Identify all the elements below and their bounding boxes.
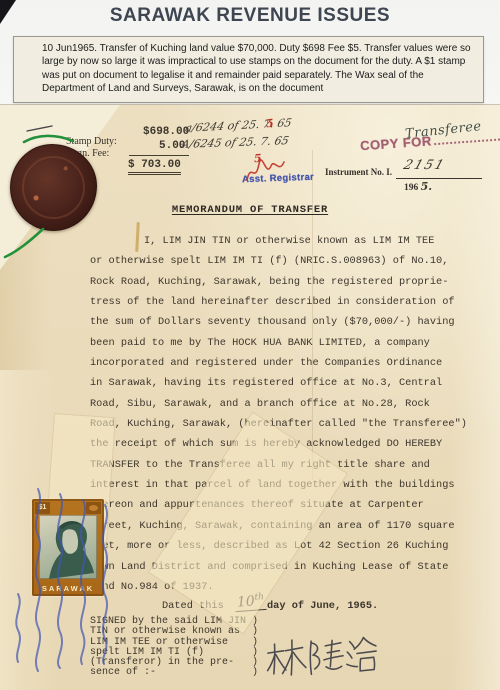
caption-line: large by now so large it was impractical… [42,55,477,68]
stamp-duty-label: Stamp Duty: [66,136,117,148]
body-line: Land No.984 of 1937. [90,577,470,597]
body-line: the sum of Dollars seventy thousand only… [90,312,470,332]
body-line: feet, more or less, described as Lot 42 … [90,536,470,556]
copy-for-dotted-line [434,138,500,145]
signed-line: sence of :- ) [90,668,258,678]
instrument-label: Instrument No. I. [325,167,392,177]
handwritten-annotation: a/6244 of 25. 7. 65 [184,116,293,134]
red-correction: 5 [254,152,263,166]
page-title: SARAWAK REVENUE ISSUES [0,5,500,27]
fee-total: $ 703.00 [128,159,181,175]
handwritten-annotation: A/6245 of 25. 7. 65 [180,134,290,151]
body-line: Street, Kuching, Sarawak, containing an … [90,516,470,536]
dated-day-handwritten: 10th [234,592,266,612]
stamp-duty-value: $698.00 [143,126,189,138]
scanned-document: Stamp Duty: Regn. Fee: $698.00 5.00 $ 70… [0,105,500,690]
sum-rule [129,155,189,156]
queen-portrait [39,515,97,579]
instrument-underline [396,178,482,179]
body-line: been paid to me by The HOCK HUA BANK LIM… [90,333,470,353]
body-line: Rock Road, Kuching, Sarawak, being the r… [90,272,470,292]
dated-suffix: day of June, 1965. [267,600,378,612]
body-line: TRANSFER to the Transferee all my right … [90,455,470,475]
revenue-stamp: $1 SARAWAK [32,499,104,596]
body-line: or otherwise spelt LIM IM TI (f) (NRIC.S… [90,251,470,271]
body-line: incorporated and registered under the Co… [90,353,470,373]
stamp-denomination: $1 [35,502,50,514]
body-line: thereon and appurtenances thereof situat… [90,495,470,515]
body-line: in Sarawak, having its registered office… [90,373,470,393]
caption-line: Department of Land and Surveys, Sarawak,… [42,82,477,95]
instrument-number: 2151 [402,158,448,173]
stamp-ornament [86,502,101,514]
wax-seal [10,144,97,231]
caption-line: was put on document to legalise it and r… [42,69,477,82]
body-line: Road, Sibu, Sarawak, and a branch office… [90,394,470,414]
chinese-signature [261,630,385,682]
red-correction: 5 [265,117,274,131]
stamp-country-label: SARAWAK [32,584,104,593]
body-line: the receipt of which sum is hereby ackno… [90,434,470,454]
body-line: Road, Kuching, Sarawak, (hereinafter cal… [90,414,470,434]
body-line: I, LIM JIN TIN or otherwise known as LIM… [90,231,470,251]
stamp-vignette [39,515,97,579]
memorandum-heading: MEMORANDUM OF TRANSFER [172,204,328,216]
dated-prefix: Dated this [162,600,224,612]
memorandum-body: I, LIM JIN TIN or otherwise known as LIM… [90,231,470,597]
registrar-stamp: Asst. Registrar [242,172,314,186]
body-line: Town Land District and comprised in Kuch… [90,557,470,577]
body-line: interest in that parcel of land together… [90,475,470,495]
exhibit-page: SARAWAK REVENUE ISSUES 10 Jun1965. Trans… [0,0,500,690]
caption-box: 10 Jun1965. Transfer of Kuching land val… [13,36,484,103]
signed-block: SIGNED by the said LIM JIN ) TIN or othe… [90,617,258,679]
instrument-year: 196 5. [404,180,432,193]
caption-line: 10 Jun1965. Transfer of Kuching land val… [42,42,477,55]
body-line: tress of the land hereinafter described … [90,292,470,312]
